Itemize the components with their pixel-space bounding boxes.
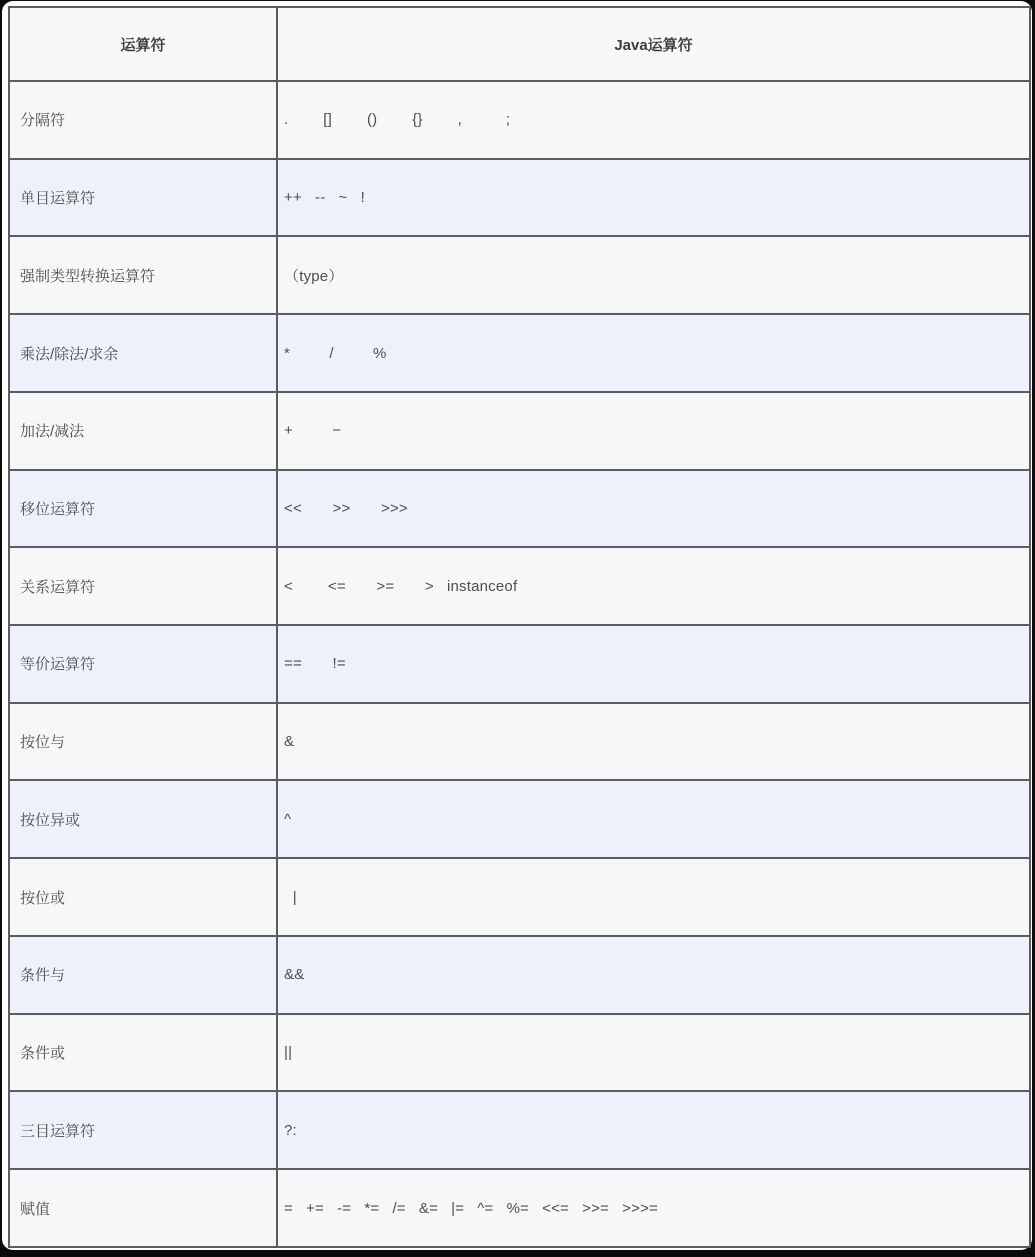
header-operator-category: 运算符 — [9, 7, 277, 81]
operator-symbols-cell: . [] () {} , ; — [277, 81, 1030, 159]
operator-category-cell: 按位与 — [9, 703, 277, 781]
operator-symbols-cell: & — [277, 703, 1030, 781]
table-header-row: 运算符 Java运算符 — [9, 7, 1030, 81]
table-row: 强制类型转换运算符 （type） — [9, 236, 1030, 314]
operator-category-cell: 单目运算符 — [9, 159, 277, 237]
operator-symbols-cell: && — [277, 936, 1030, 1014]
operator-category-cell: 分隔符 — [9, 81, 277, 159]
table-row: 三目运算符 ?: — [9, 1091, 1030, 1169]
table-row: 按位或 | — [9, 858, 1030, 936]
operator-category-cell: 按位或 — [9, 858, 277, 936]
operator-symbols-cell: | — [277, 858, 1030, 936]
operator-category-cell: 条件与 — [9, 936, 277, 1014]
operator-symbols-cell: ^ — [277, 780, 1030, 858]
operator-category-cell: 关系运算符 — [9, 547, 277, 625]
table-row: 移位运算符 << >> >>> — [9, 470, 1030, 548]
operator-symbols-cell: ?: — [277, 1091, 1030, 1169]
operator-category-cell: 等价运算符 — [9, 625, 277, 703]
operator-symbols-cell: == != — [277, 625, 1030, 703]
operator-symbols-cell: << >> >>> — [277, 470, 1030, 548]
operator-symbols-cell: * / % — [277, 314, 1030, 392]
operator-category-cell: 条件或 — [9, 1014, 277, 1092]
header-java-operators: Java运算符 — [277, 7, 1030, 81]
table-row: 等价运算符 == != — [9, 625, 1030, 703]
operator-category-cell: 三目运算符 — [9, 1091, 277, 1169]
operator-symbols-cell: || — [277, 1014, 1030, 1092]
operator-category-cell: 赋值 — [9, 1169, 277, 1247]
table-row: 关系运算符 < <= >= > instanceof — [9, 547, 1030, 625]
operator-symbols-cell: + − — [277, 392, 1030, 470]
operator-category-cell: 强制类型转换运算符 — [9, 236, 277, 314]
operator-category-cell: 按位异或 — [9, 780, 277, 858]
table-row: 条件与 && — [9, 936, 1030, 1014]
operator-symbols-cell: ++ -- ~ ! — [277, 159, 1030, 237]
table-row: 乘法/除法/求余 * / % — [9, 314, 1030, 392]
operator-symbols-cell: = += -= *= /= &= |= ^= %= <<= >>= >>>= — [277, 1169, 1030, 1247]
java-operators-table: 运算符 Java运算符 分隔符 . [] () {} , ; 单目运算符 ++ … — [8, 6, 1031, 1248]
table-row: 条件或 || — [9, 1014, 1030, 1092]
table-row: 赋值 = += -= *= /= &= |= ^= %= <<= >>= >>>… — [9, 1169, 1030, 1247]
operator-category-cell: 移位运算符 — [9, 470, 277, 548]
operator-category-cell: 乘法/除法/求余 — [9, 314, 277, 392]
table-row: 按位与 & — [9, 703, 1030, 781]
operator-symbols-cell: < <= >= > instanceof — [277, 547, 1030, 625]
operator-symbols-cell: （type） — [277, 236, 1030, 314]
table-row: 加法/减法 + − — [9, 392, 1030, 470]
operator-category-cell: 加法/减法 — [9, 392, 277, 470]
table-row: 单目运算符 ++ -- ~ ! — [9, 159, 1030, 237]
table-row: 按位异或 ^ — [9, 780, 1030, 858]
table-row: 分隔符 . [] () {} , ; — [9, 81, 1030, 159]
page-background: 运算符 Java运算符 分隔符 . [] () {} , ; 单目运算符 ++ … — [2, 1, 1032, 1250]
